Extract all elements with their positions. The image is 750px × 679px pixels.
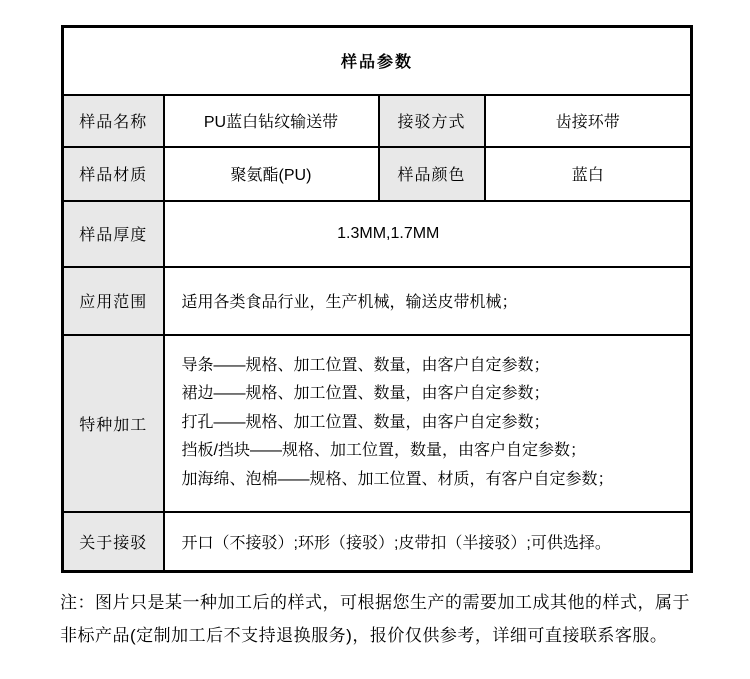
- processing-line-punching: 打孔——规格、加工位置、数量，由客户自定参数；: [182, 409, 691, 438]
- processing-line-baffle: 挡板/挡块——规格、加工位置，数量，由客户自定参数；: [182, 437, 691, 466]
- table-row: 样品材质 聚氨酯(PU) 样品颜色 蓝白: [63, 147, 692, 201]
- joint-method-label: 接驳方式: [379, 95, 485, 147]
- sample-material-value: 聚氨酯(PU): [164, 147, 379, 201]
- table-title: 样品参数: [63, 27, 692, 95]
- special-processing-value: 导条——规格、加工位置、数量，由客户自定参数； 裙边——规格、加工位置、数量，由…: [164, 335, 692, 512]
- table-row: 样品厚度 1.3MM,1.7MM: [63, 201, 692, 267]
- sample-name-value: PU蓝白钻纹输送带: [164, 95, 379, 147]
- table-row: 关于接驳 开口（不接驳）;环形（接驳）;皮带扣（半接驳）;可供选择。: [63, 512, 692, 572]
- sample-thickness-label: 样品厚度: [63, 201, 164, 267]
- special-processing-lines: 导条——规格、加工位置、数量，由客户自定参数； 裙边——规格、加工位置、数量，由…: [182, 352, 691, 495]
- sample-name-label: 样品名称: [63, 95, 164, 147]
- sample-color-value: 蓝白: [485, 147, 692, 201]
- processing-line-guide-strip: 导条——规格、加工位置、数量，由客户自定参数；: [182, 352, 691, 381]
- table-row: 特种加工 导条——规格、加工位置、数量，由客户自定参数； 裙边——规格、加工位置…: [63, 335, 692, 512]
- table-row: 样品名称 PU蓝白钻纹输送带 接驳方式 齿接环带: [63, 95, 692, 147]
- processing-line-sponge-foam: 加海绵、泡棉——规格、加工位置、材质，有客户自定参数；: [182, 466, 691, 495]
- about-joint-value: 开口（不接驳）;环形（接驳）;皮带扣（半接驳）;可供选择。: [164, 512, 692, 572]
- footer-note: 注：图片只是某一种加工后的样式，可根据您生产的需要加工成其他的样式，属于非标产品…: [60, 586, 696, 652]
- sample-material-label: 样品材质: [63, 147, 164, 201]
- product-parameters-page: 样品参数 样品名称 PU蓝白钻纹输送带 接驳方式 齿接环带 样品材质 聚氨酯(P…: [0, 0, 750, 679]
- sample-thickness-value: 1.3MM,1.7MM: [164, 201, 692, 267]
- sample-parameters-table: 样品参数 样品名称 PU蓝白钻纹输送带 接驳方式 齿接环带 样品材质 聚氨酯(P…: [61, 25, 693, 573]
- processing-line-skirt-edge: 裙边——规格、加工位置、数量，由客户自定参数；: [182, 380, 691, 409]
- about-joint-label: 关于接驳: [63, 512, 164, 572]
- application-scope-value: 适用各类食品行业，生产机械，输送皮带机械；: [164, 267, 692, 335]
- application-scope-label: 应用范围: [63, 267, 164, 335]
- sample-color-label: 样品颜色: [379, 147, 485, 201]
- table-row: 应用范围 适用各类食品行业，生产机械，输送皮带机械；: [63, 267, 692, 335]
- joint-method-value: 齿接环带: [485, 95, 692, 147]
- special-processing-label: 特种加工: [63, 335, 164, 512]
